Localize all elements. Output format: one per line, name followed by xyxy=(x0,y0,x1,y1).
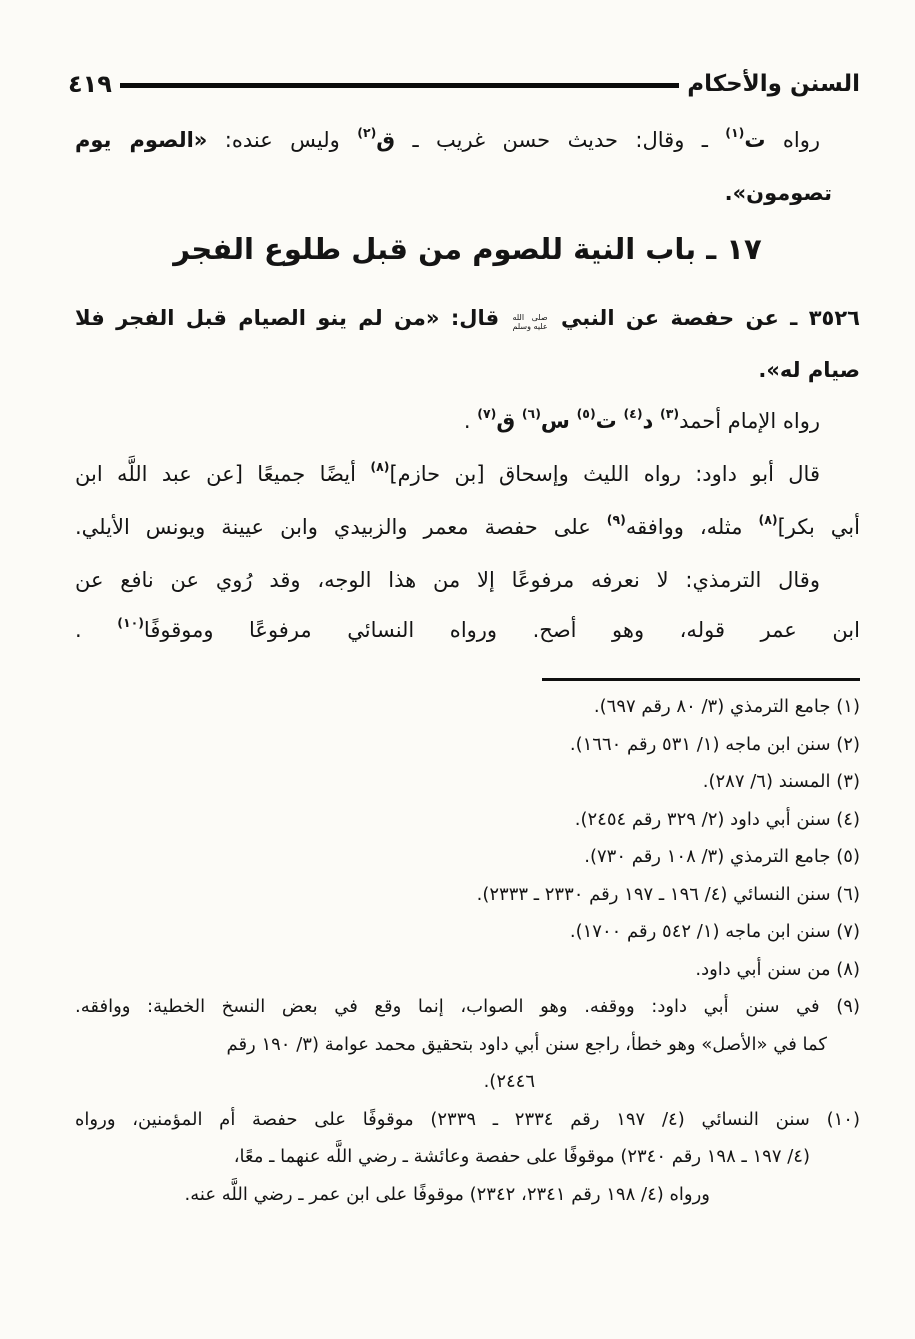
footnote-ref: (٤) xyxy=(623,406,642,421)
text-segment: ٣٥٢٦ ـ xyxy=(779,306,860,330)
text-segment: ابن عمر قوله، وهو أصح. ورواه النسائي مرف… xyxy=(144,618,860,642)
footnote-ref: (١) xyxy=(725,125,744,140)
text-segment: أبي بكر] xyxy=(778,515,860,539)
footnote-number: (٦) xyxy=(831,884,860,905)
text-segment: وقال الترمذي: لا نعرفه مرفوعًا إلا من هذ… xyxy=(75,568,820,592)
footnote-ref: (٧) xyxy=(477,406,496,421)
footnote-number: (١) xyxy=(831,696,860,717)
opening-paragraph: رواه ت(١) ـ وقال: حديث حسن غريب ـ ق(٢) و… xyxy=(75,115,860,218)
text-line: قال أبو داود: رواه الليث وإسحاق [بن حازم… xyxy=(75,449,860,502)
salawat-bottom: عليه وسلم xyxy=(512,323,547,332)
footnote: (١) جامع الترمذي (٣/ ٨٠ رقم ٦٩٧). xyxy=(75,688,860,726)
text-segment: «من لم ينو الصيام قبل الفجر فلا xyxy=(75,306,439,330)
book-title: السنن والأحكام xyxy=(687,71,860,97)
footnote-text: (٤/ ١٩٧ ـ ١٩٨ رقم ٢٣٤٠) موقوفًا على حفصة… xyxy=(234,1146,810,1167)
footnote-number: (٨) xyxy=(831,959,860,980)
footnote: (٧) سنن ابن ماجه (١/ ٥٤٢ رقم ١٧٠٠). xyxy=(75,913,860,951)
footnote-number: (٤) xyxy=(831,809,860,830)
text-segment xyxy=(653,409,660,433)
footnote-text: المسند (٦/ ٢٨٧). xyxy=(703,771,831,792)
footnote: (١٠) سنن النسائي (٤/ ١٩٧ رقم ٢٣٣٤ ـ ٢٣٣٩… xyxy=(75,1101,860,1214)
salawat-ligature: صلى اللهعليه وسلم xyxy=(510,314,549,332)
book-page: السنن والأحكام ٤١٩ رواه ت(١) ـ وقال: حدي… xyxy=(0,0,915,1339)
text-line: رواه ت(١) ـ وقال: حديث حسن غريب ـ ق(٢) و… xyxy=(75,115,860,168)
tirmidhi-comment: وقال الترمذي: لا نعرفه مرفوعًا إلا من هذ… xyxy=(75,555,860,658)
text-segment: وليس عنده: xyxy=(207,128,357,152)
footnote-text: جامع الترمذي (٣/ ١٠٨ رقم ٧٣٠). xyxy=(584,846,830,867)
footnote-text: سنن النسائي (٤/ ١٩٧ رقم ٢٣٣٤ ـ ٢٣٣٩) موق… xyxy=(75,1109,810,1130)
footnote-ref: (٥) xyxy=(577,406,596,421)
text-segment: رواه الإمام أحمد xyxy=(679,409,820,433)
footnote-line: (١٠) سنن النسائي (٤/ ١٩٧ رقم ٢٣٣٤ ـ ٢٣٣٩… xyxy=(75,1101,860,1139)
text-segment: على حفصة معمر والزبيدي وابن عيينة ويونس … xyxy=(75,515,607,539)
footnote-line: (٥) جامع الترمذي (٣/ ١٠٨ رقم ٧٣٠). xyxy=(75,838,860,876)
footnote-line: (٢) سنن ابن ماجه (١/ ٥٣١ رقم ١٦٦٠). xyxy=(75,726,860,764)
text-segment: عن حفصة عن النبي xyxy=(550,306,779,330)
text-line: ٣٥٢٦ ـ عن حفصة عن النبي صلى اللهعليه وسل… xyxy=(75,292,860,344)
footnote: (٨) من سنن أبي داود. xyxy=(75,951,860,989)
footnote-ref: (٨) xyxy=(370,459,389,474)
footnote-ref: (٨) xyxy=(758,512,777,527)
text-segment: مثله، ووافقه xyxy=(626,515,759,539)
footnote-line: (٨) من سنن أبي داود. xyxy=(75,951,860,989)
footnote-line: ٢٤٤٦). xyxy=(75,1063,860,1101)
text-segment: ق xyxy=(376,128,395,152)
text-segment: صيام له». xyxy=(758,358,860,382)
text-segment: قال أبو داود: رواه الليث وإسحاق [بن حازم… xyxy=(389,462,820,486)
footnote-ref: (٢) xyxy=(357,125,376,140)
footnote-number: (٥) xyxy=(831,846,860,867)
text-line: رواه الإمام أحمد(٣) د(٤) ت(٥) س(٦) ق(٧) … xyxy=(75,396,860,449)
footnote-line: (٩) في سنن أبي داود: ووقفه. وهو الصواب، … xyxy=(75,988,860,1026)
footnote-number: (٢) xyxy=(831,734,860,755)
footnote-text: سنن ابن ماجه (١/ ٥٣١ رقم ١٦٦٠). xyxy=(570,734,831,755)
footnote-ref: (٦) xyxy=(522,406,541,421)
footnote: (٣) المسند (٦/ ٢٨٧). xyxy=(75,763,860,801)
footnote-text: في سنن أبي داود: ووقفه. وهو الصواب، إنما… xyxy=(75,996,820,1017)
footnote-separator xyxy=(542,678,860,681)
text-segment: تصومون». xyxy=(725,181,832,205)
footnote-text: جامع الترمذي (٣/ ٨٠ رقم ٦٩٧). xyxy=(594,696,831,717)
footnote: (٥) جامع الترمذي (٣/ ١٠٨ رقم ٧٣٠). xyxy=(75,838,860,876)
footnote-number: (٧) xyxy=(831,921,860,942)
footnote-line: (٧) سنن ابن ماجه (١/ ٥٤٢ رقم ١٧٠٠). xyxy=(75,913,860,951)
text-line: ابن عمر قوله، وهو أصح. ورواه النسائي مرف… xyxy=(75,605,860,658)
text-segment: د xyxy=(643,409,654,433)
footnote: (٦) سنن النسائي (٤/ ١٩٦ ـ ١٩٧ رقم ٢٣٣٠ ـ… xyxy=(75,876,860,914)
footnote-ref: (٩) xyxy=(607,512,626,527)
text-line: أبي بكر](٨) مثله، ووافقه(٩) على حفصة معم… xyxy=(75,502,860,555)
hadith-3526: ٣٥٢٦ ـ عن حفصة عن النبي صلى اللهعليه وسل… xyxy=(75,292,860,396)
footnote: (٢) سنن ابن ماجه (١/ ٥٣١ رقم ١٦٦٠). xyxy=(75,726,860,764)
text-line: تصومون». xyxy=(75,168,860,218)
text-line: صيام له». xyxy=(75,344,860,396)
footnote-text: سنن أبي داود (٢/ ٣٢٩ رقم ٢٤٥٤). xyxy=(575,809,831,830)
text-segment xyxy=(570,409,577,433)
page-number: ٤١٩ xyxy=(68,70,112,98)
text-line: وقال الترمذي: لا نعرفه مرفوعًا إلا من هذ… xyxy=(75,555,860,605)
text-segment: . xyxy=(75,618,117,642)
abu-dawud-comment: قال أبو داود: رواه الليث وإسحاق [بن حازم… xyxy=(75,449,860,555)
text-segment: ت xyxy=(744,128,765,152)
footnote-ref: (١٠) xyxy=(117,615,144,630)
footnote-text: ورواه (٤/ ١٩٨ رقم ٢٣٤١، ٢٣٤٢) موقوفًا عل… xyxy=(185,1184,710,1205)
footnote-line: (٦) سنن النسائي (٤/ ١٩٦ ـ ١٩٧ رقم ٢٣٣٠ ـ… xyxy=(75,876,860,914)
text-segment: ت xyxy=(596,409,617,433)
footnote: (٤) سنن أبي داود (٢/ ٣٢٩ رقم ٢٤٥٤). xyxy=(75,801,860,839)
text-segment: . xyxy=(464,409,477,433)
footnote-text: ٢٤٤٦). xyxy=(484,1071,535,1092)
footnote-text: سنن ابن ماجه (١/ ٥٤٢ رقم ١٧٠٠). xyxy=(570,921,831,942)
footnote-line: (٣) المسند (٦/ ٢٨٧). xyxy=(75,763,860,801)
footnote-number: (١٠) xyxy=(810,1109,860,1130)
footnote: (٩) في سنن أبي داود: ووقفه. وهو الصواب، … xyxy=(75,988,860,1101)
page-header: السنن والأحكام ٤١٩ xyxy=(68,70,860,98)
footnote-line: (٤/ ١٩٧ ـ ١٩٨ رقم ٢٣٤٠) موقوفًا على حفصة… xyxy=(75,1138,860,1176)
footnotes-list: (١) جامع الترمذي (٣/ ٨٠ رقم ٦٩٧).(٢) سنن… xyxy=(75,688,860,1213)
footnote-text: كما في «الأصل» وهو خطأ، راجع سنن أبي داو… xyxy=(226,1034,827,1055)
text-segment: رواه xyxy=(765,128,820,152)
chapter-heading: ١٧ ـ باب النية للصوم من قبل طلوع الفجر xyxy=(75,226,860,272)
footnote-number: (٩) xyxy=(820,996,860,1017)
footnote-line: (١) جامع الترمذي (٣/ ٨٠ رقم ٦٩٧). xyxy=(75,688,860,726)
takhrij-line: رواه الإمام أحمد(٣) د(٤) ت(٥) س(٦) ق(٧) … xyxy=(75,396,860,449)
body-text: رواه ت(١) ـ وقال: حديث حسن غريب ـ ق(٢) و… xyxy=(75,115,860,658)
footnote-text: سنن النسائي (٤/ ١٩٦ ـ ١٩٧ رقم ٢٣٣٠ ـ ٢٣٣… xyxy=(477,884,831,905)
footnote-line: ورواه (٤/ ١٩٨ رقم ٢٣٤١، ٢٣٤٢) موقوفًا عل… xyxy=(75,1176,860,1214)
footnote-number: (٣) xyxy=(831,771,860,792)
footnote-ref: (٣) xyxy=(660,406,679,421)
text-segment xyxy=(515,409,522,433)
text-segment: «الصوم يوم xyxy=(75,128,207,152)
footnote-line: (٤) سنن أبي داود (٢/ ٣٢٩ رقم ٢٤٥٤). xyxy=(75,801,860,839)
text-segment: ق xyxy=(496,409,515,433)
header-rule xyxy=(120,83,679,88)
text-segment: أيضًا جميعًا [عن عبد اللَّه ابن xyxy=(75,462,370,486)
footnote-text: من سنن أبي داود. xyxy=(695,959,830,980)
text-segment: س xyxy=(541,409,570,433)
footnote-line: كما في «الأصل» وهو خطأ، راجع سنن أبي داو… xyxy=(75,1026,860,1064)
text-segment: ـ وقال: حديث حسن غريب ـ xyxy=(395,128,725,152)
text-segment: قال: xyxy=(439,306,510,330)
